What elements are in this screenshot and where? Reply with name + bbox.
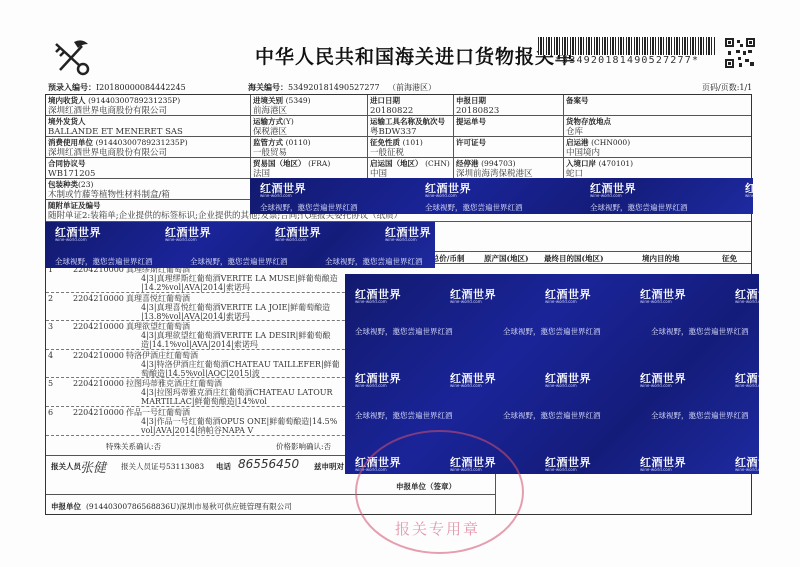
watermark-url: wine-world.com: [545, 299, 577, 304]
item-number: 6: [48, 408, 53, 419]
item-number: 4: [48, 351, 53, 362]
watermark-url: wine-world.com: [640, 467, 672, 472]
watermark-url: wine-world.com: [425, 193, 457, 198]
entry-customs-cell: 进境关别 (5349) 前海港区: [251, 95, 368, 116]
watermark-url: wine-world.com: [55, 237, 87, 242]
transit-port-cell: 经停港 (994703) 深圳前海湾保税港区: [454, 158, 564, 179]
barcode-text: *534920181490527277*: [538, 55, 716, 66]
storage-cell: 货物存放地点 仓库: [564, 116, 751, 137]
item-spec-cont: MARTILLAC|鲜葡萄酿造|14%vol: [141, 397, 267, 407]
stamp-text: 报关专用章: [395, 518, 480, 539]
record-no-cell: 备案号: [564, 95, 751, 116]
watermark-slogan: 全球视野，邀您尝遍世界红酒: [325, 256, 423, 267]
item-hs-code: 2204210000: [73, 351, 124, 362]
watermark-slogan: 全球视野，邀您尝遍世界红酒: [55, 256, 153, 267]
watermark-slogan: 全球视野，邀您尝遍世界红酒: [590, 202, 688, 213]
customs-office: （前海港区）: [388, 82, 436, 93]
supervision-cell: 监管方式 (0110) 一般贸易: [251, 137, 368, 158]
license-cell: 许可证号: [454, 137, 564, 158]
consumer-cell: 消费使用单位 (91440300789231235P) 深圳红酒世界电商股份有限…: [46, 137, 251, 158]
watermark-url: wine-world.com: [590, 193, 622, 198]
item-spec-cont: 萄酿造|14.5%vol|AOC|2015|波: [141, 369, 260, 379]
watermark-slogan: 全球视野，邀您尝遍世界红酒: [503, 410, 601, 421]
trade-country-cell: 贸易国（地区） (FRA) 法国: [251, 158, 368, 179]
watermark-slogan: 全球视野，邀您尝遍世界红酒: [651, 410, 749, 421]
watermark-url: wine-world.com: [745, 193, 753, 198]
bill-no-cell: 提运单号: [454, 116, 564, 137]
item-spec-cont: |14.2%vol|AVA|2014|索诺玛: [141, 283, 250, 293]
watermark-url: wine-world.com: [640, 299, 672, 304]
document-title: 中华人民共和国海关进口货物报关单: [255, 42, 575, 69]
item-number: 3: [48, 322, 53, 333]
watermark-url: wine-world.com: [275, 237, 307, 242]
watermark-banner: 红酒世界wine-world.com红酒世界wine-world.com红酒世界…: [250, 178, 753, 214]
watermark-url: wine-world.com: [640, 383, 672, 388]
item-spec-cont: |13.8%vol|AVA|2014|索诺玛: [141, 312, 250, 322]
watermark-slogan: 全球视野，邀您尝遍世界红酒: [503, 326, 601, 337]
transport-mode-cell: 运输方式(Y) 保税港区: [251, 116, 368, 137]
origin-country-cell: 启运国（地区） (CHN) 中国: [368, 158, 454, 179]
watermark-slogan: 全球视野，邀您尝遍世界红酒: [651, 326, 749, 337]
vessel-cell: 运输工具名称及航次号 粤BDW337: [368, 116, 454, 137]
watermark-url: wine-world.com: [735, 299, 759, 304]
watermark-url: wine-world.com: [355, 299, 387, 304]
watermark-slogan: 全球视野，邀您尝遍世界红酒: [355, 326, 453, 337]
customs-emblem-icon: [50, 36, 92, 78]
page-count: 页码/页数:1/1: [702, 82, 752, 93]
watermark-url: wine-world.com: [355, 383, 387, 388]
watermark-url: wine-world.com: [545, 467, 577, 472]
watermark-banner: 红酒世界wine-world.com红酒世界wine-world.com红酒世界…: [45, 222, 435, 268]
overseas-shipper-cell: 境外发货人 BALLANDE ET MENERET SAS: [46, 116, 251, 137]
consignee-cell: 境内收货人 (91440300789231235P) 深圳红酒世界电商股份有限公…: [46, 95, 251, 116]
watermark-slogan: 全球视野，邀您尝遍世界红酒: [260, 202, 358, 213]
watermark-slogan: 全球视野，邀您尝遍世界红酒: [355, 410, 453, 421]
watermark-url: wine-world.com: [165, 237, 197, 242]
watermark-url: wine-world.com: [260, 193, 292, 198]
watermark-url: wine-world.com: [450, 299, 482, 304]
item-hs-code: 2204210000: [73, 294, 124, 305]
item-number: 5: [48, 379, 53, 390]
watermark-slogan: 全球视野，邀您尝遍世界红酒: [190, 256, 288, 267]
item-spec-cont: 造|14.1%vol|AVA|2014|索诺玛: [141, 340, 258, 350]
watermark-url: wine-world.com: [545, 383, 577, 388]
declare-date-cell: 申报日期 20180823: [454, 95, 564, 116]
import-date-cell: 进口日期 20180822: [368, 95, 454, 116]
item-spec-cont: vol|AVA|2014|纳帕谷NAPA V: [141, 426, 253, 436]
tax-nature-cell: 征免性质 (101) 一般征税: [368, 137, 454, 158]
package-type-cell: 包装种类(23) 木制或竹藤等植物性材料制盒/箱: [46, 179, 251, 200]
item-hs-code: 2204210000: [73, 322, 124, 333]
watermark-url: wine-world.com: [735, 383, 759, 388]
watermark-url: wine-world.com: [735, 467, 759, 472]
barcode: [538, 37, 716, 55]
contract-cell: 合同协议号 WB171205: [46, 158, 251, 179]
watermark-url: wine-world.com: [450, 383, 482, 388]
entry-port-cell: 入境口岸 (470101) 蛇口: [564, 158, 751, 179]
item-hs-code: 2204210000: [73, 379, 124, 390]
customs-number: 海关编号：534920181490527277: [248, 82, 380, 93]
qr-code-icon: [725, 38, 755, 68]
watermark-url: wine-world.com: [385, 237, 417, 242]
pre-entry-number: 预录入编号：I20180000084442245: [48, 82, 186, 93]
watermark-slogan: 全球视野，邀您尝遍世界红酒: [425, 202, 523, 213]
item-number: 2: [48, 294, 53, 305]
item-hs-code: 2204210000: [73, 408, 124, 419]
departure-port-cell: 启运港 (CHN000) 中国境内: [564, 137, 751, 158]
